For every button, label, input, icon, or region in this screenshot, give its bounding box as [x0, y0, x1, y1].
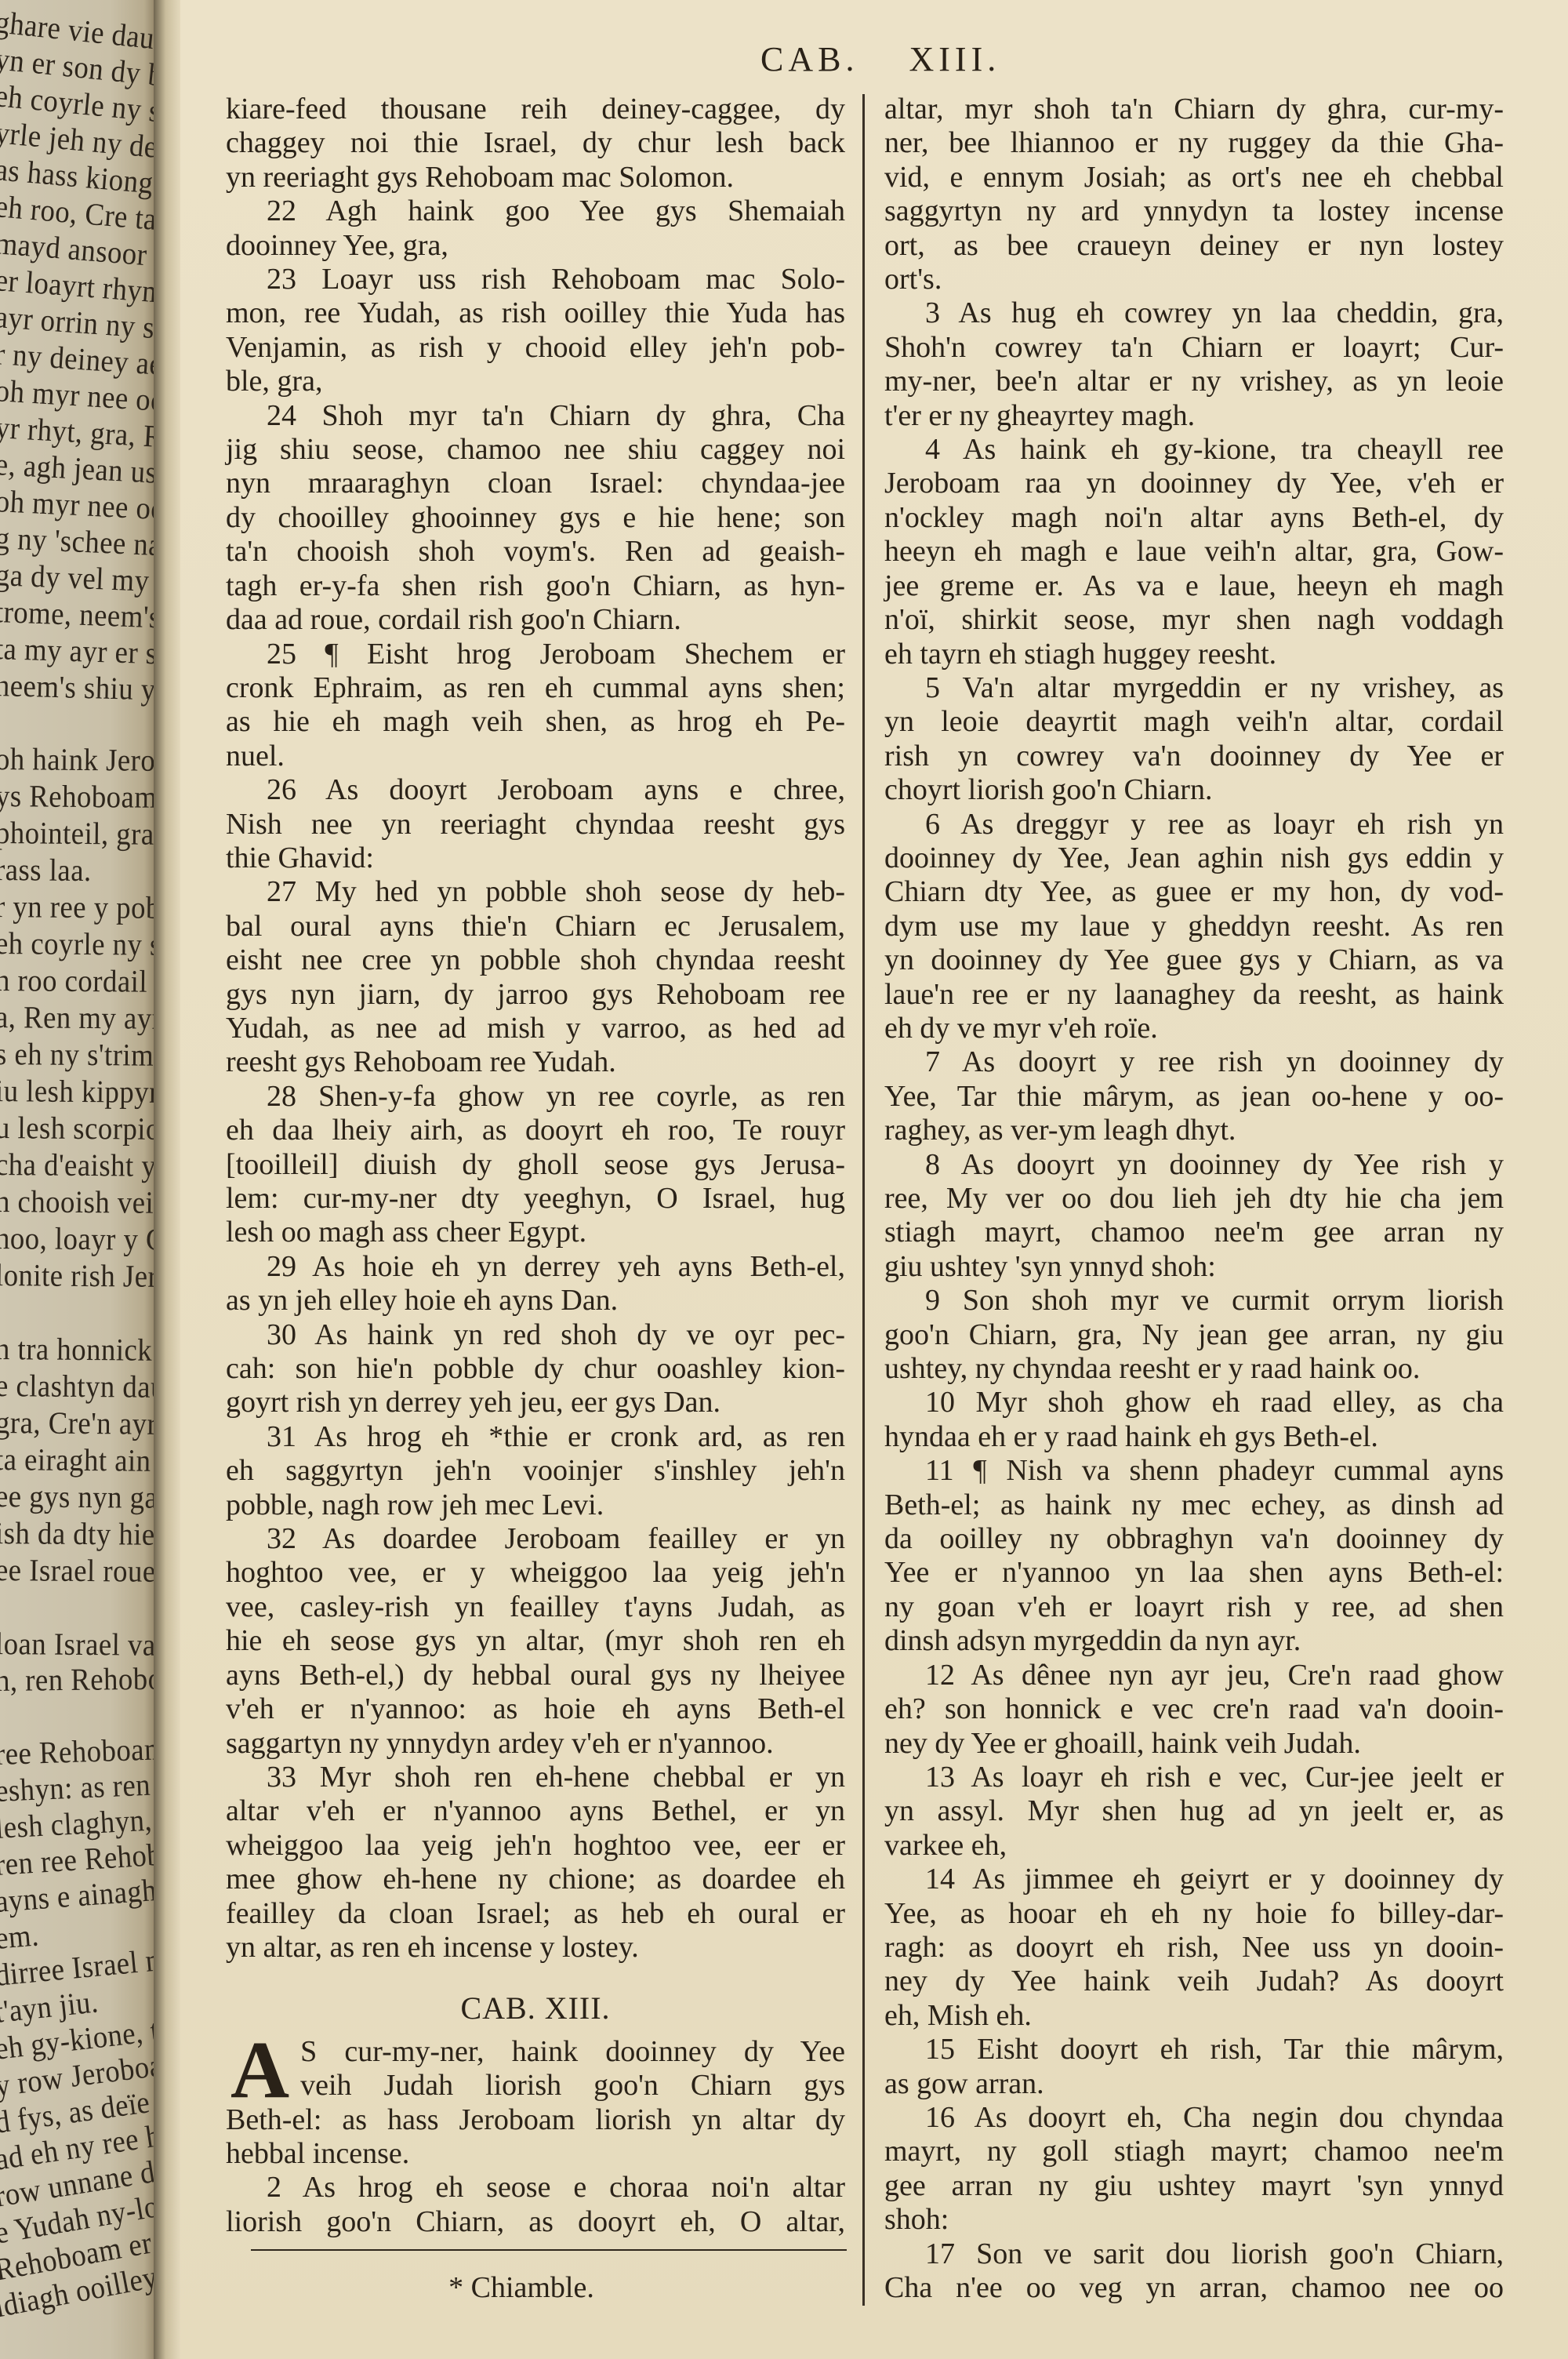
- text-line: gys nyn jiarn, dy jarroo gys Rehoboam re…: [226, 978, 845, 1012]
- text-line: ta'n chooish shoh voym's. Ren ad geaish-: [226, 535, 845, 569]
- text-line: hie eh seose gys yn altar, (myr shoh ren…: [226, 1624, 845, 1658]
- text-line: 5 Va'n altar myrgeddin er ny vrishey, as: [884, 671, 1504, 705]
- text-line: ragh: as dooyrt eh rish, Nee uss yn dooi…: [884, 1931, 1504, 1965]
- text-line: as hie eh magh veih shen, as hrog eh Pe-: [226, 705, 845, 739]
- text-line: Cha n'ee oo veg yn arran, chamoo nee oo: [884, 2271, 1504, 2305]
- book-page: CAB. XIII. kiare-feed thousane reih dein…: [180, 0, 1568, 2359]
- left-column-text-ch12: kiare-feed thousane reih deiney-caggee, …: [226, 93, 845, 1965]
- footnote: * Chiamble.: [180, 2270, 862, 2305]
- text-line: yn dooinney dy Yee guee gys y Chiarn, as…: [884, 943, 1504, 977]
- text-line: eh, Mish eh.: [884, 1999, 1504, 2033]
- text-line: Yee, as hooar eh eh ny hoie fo billey-da…: [884, 1897, 1504, 1931]
- text-line: ayns Beth-el,) dy hebbal oural gys ny lh…: [226, 1659, 845, 1692]
- text-line: cah: son hie'n pobble dy chur ooashley k…: [226, 1352, 845, 1386]
- text-line: Chiarn dty Yee, as guee er my hon, dy vo…: [884, 875, 1504, 909]
- text-line: eh daa lheiy airh, as dooyrt eh roo, Te …: [226, 1114, 845, 1147]
- text-line: shoh:: [884, 2203, 1504, 2237]
- facing-page-line: s eh ny s'trimmey: [0, 1035, 157, 1074]
- text-line: ort, as bee craueyn deiney er nyn lostey: [884, 229, 1504, 263]
- facing-page-line: eh coyrle ny shenn: [0, 925, 157, 963]
- text-line: varkee eh,: [884, 1829, 1504, 1863]
- text-line: eh tayrn eh stiagh huggey reesht.: [884, 638, 1504, 671]
- text-line: 17 Son ve sarit dou liorish goo'n Chiarn…: [884, 2237, 1504, 2271]
- text-line: vee, casley-rish yn feailley t'ayns Juda…: [226, 1590, 845, 1624]
- text-line: dy chooilley ghooinney gys e hie hene; s…: [226, 501, 845, 535]
- text-line: as yn jeh elley hoie eh ayns Dan.: [226, 1284, 845, 1318]
- text-line: hyndaa eh er y raad haink eh gys Beth-el…: [884, 1420, 1504, 1454]
- text-line: altar v'eh er n'yannoo ayns Bethel, er y…: [226, 1794, 845, 1828]
- text-line: ree, My ver oo dou lieh jeh dty hie cha …: [884, 1182, 1504, 1216]
- text-line: hebbal incense.: [226, 2137, 845, 2171]
- text-line: laue'n ree er ny laanaghey da reesht, as…: [884, 978, 1504, 1012]
- text-line: 9 Son shoh myr ve curmit orrym liorish: [884, 1284, 1504, 1318]
- text-line: nuel.: [226, 740, 845, 773]
- text-line: ushtey, ny chyndaa reesht er y raad hain…: [884, 1352, 1504, 1386]
- text-line: raghey, as ver-ym leagh dhyt.: [884, 1114, 1504, 1147]
- text-line: n'ockley magh noi'n altar ayns Beth-el, …: [884, 501, 1504, 535]
- text-line: 11 ¶ Nish va shenn phadeyr cummal ayns: [884, 1454, 1504, 1488]
- text-line: 14 As jimmee eh geiyrt er y dooinney dy: [884, 1863, 1504, 1896]
- text-line: lem: cur-my-ner dty yeeghyn, O Israel, h…: [226, 1182, 845, 1216]
- text-line: eh dy ve myr v'eh roïe.: [884, 1012, 1504, 1045]
- facing-page-edge: ghare vie daue, ehyn er son dy bragh.eh …: [0, 0, 157, 2359]
- text-line: veih Judah liorish goo'n Chiarn gys: [226, 2069, 845, 2103]
- text-line: rish yn cowrey va'n dooinney dy Yee er: [884, 740, 1504, 773]
- text-line: ney dy Yee haink veih Judah? As dooyrt: [884, 1965, 1504, 1998]
- text-line: eh? son honnick e vec cre'n raad va'n do…: [884, 1692, 1504, 1726]
- text-line: vid, e ennym Josiah; as ort's nee eh che…: [884, 161, 1504, 194]
- text-line: 27 My hed yn pobble shoh seose dy heb-: [226, 875, 845, 909]
- text-line: n'oï, shirkit seose, myr shen nagh vodda…: [884, 603, 1504, 637]
- facing-page-line: loan Israel va cummal: [0, 1625, 157, 1664]
- text-line: reesht gys Rehoboam ree Yudah.: [226, 1045, 845, 1079]
- facing-page-line: em.: [0, 1916, 40, 1956]
- text-line: 2 As hrog eh seose e choraa noi'n altar: [226, 2171, 845, 2205]
- text-line: chaggey noi thie Israel, dy chur lesh ba…: [226, 126, 845, 160]
- text-line: t'er er ny gheayrtey magh.: [884, 399, 1504, 433]
- facing-page-line: n tra honnick ooilley: [0, 1330, 157, 1369]
- facing-page-line: lonite rish Jeroboam: [0, 1256, 157, 1296]
- running-head-label: CAB.: [760, 40, 858, 78]
- left-column-text-ch13: A S cur-my-ner, haink dooinney dy Yeevei…: [226, 2035, 845, 2239]
- text-line: mayrt, ny goll stiagh mayrt; chamoo nee'…: [884, 2135, 1504, 2168]
- facing-page-line: iu lesh kippyn, agh: [0, 1072, 157, 1111]
- facing-page-line: gra, Cre'n ayrn ta: [0, 1404, 157, 1442]
- text-line: ney dy Yee er ghoaill, haink veih Judah.: [884, 1727, 1504, 1761]
- text-line: yn leoie deayrtit magh veih'n altar, cor…: [884, 705, 1504, 739]
- text-line: 28 Shen-y-fa ghow yn ree coyrle, as ren: [226, 1080, 845, 1114]
- text-line: 26 As dooyrt Jeroboam ayns e chree,: [226, 773, 845, 807]
- text-line: 31 As hrog eh *thie er cronk ard, as ren: [226, 1420, 845, 1454]
- text-line: 13 As loayr eh rish e vec, Cur-jee jeelt…: [884, 1761, 1504, 1794]
- right-column: altar, myr shoh ta'n Chiarn dy ghra, cur…: [884, 93, 1504, 2305]
- text-line: saggartyn ny ynnydyn ardey v'eh er n'yan…: [226, 1727, 845, 1761]
- text-line: 3 As hug eh cowrey yn laa cheddin, gra,: [884, 296, 1504, 330]
- text-line: 8 As dooyrt yn dooinney dy Yee rish y: [884, 1148, 1504, 1182]
- drop-cap: A: [230, 2038, 289, 2103]
- text-line: yn reeriaght gys Rehoboam mac Solomon.: [226, 161, 845, 194]
- text-line: 7 As dooyrt y ree rish yn dooinney dy: [884, 1045, 1504, 1079]
- text-line: v'eh er n'yannoo: as hoie eh ayns Beth-e…: [226, 1692, 845, 1726]
- text-line: gee arran ny giu ushtey mayrt 'syn ynnyd: [884, 2169, 1504, 2203]
- facing-page-line: phointeil, gra, Tar-jee: [0, 814, 157, 853]
- facing-page-line: h chooish veih'n Chiarn: [0, 1183, 157, 1222]
- text-line: dym use my laue y gheddyn reesht. As ren: [884, 910, 1504, 943]
- text-line: Yee er n'yannoo yn laa shen ayns Beth-el…: [884, 1556, 1504, 1590]
- facing-page-line: neem's shiu y scuitchey: [0, 667, 157, 711]
- text-line: wheiggoo laa yeig jeh'n hoghtoo vee, eer…: [226, 1829, 845, 1863]
- text-line: goo'n Chiarn, gra, Ny jean gee arran, ny…: [884, 1318, 1504, 1352]
- facing-page-line: cha d'eaisht y ree: [0, 1146, 157, 1184]
- chapter-heading: CAB. XIII.: [226, 1991, 845, 2025]
- text-line: 10 Myr shoh ghow eh raad elley, as cha: [884, 1386, 1504, 1419]
- text-line: altar, myr shoh ta'n Chiarn dy ghra, cur…: [884, 93, 1504, 126]
- text-line: 16 As dooyrt eh, Cha negin dou chyndaa: [884, 2101, 1504, 2135]
- text-line: 15 Eisht dooyrt eh rish, Tar thie mârym,: [884, 2033, 1504, 2066]
- text-line: da ooilley ny obbraghyn va'n dooinney dy: [884, 1522, 1504, 1556]
- text-line: cronk Ephraim, as ren eh cummal ayns she…: [226, 671, 845, 705]
- text-line: giu ushtey 'syn ynnyd shoh:: [884, 1250, 1504, 1284]
- text-line: 12 As dênee nyn ayr jeu, Cre'n raad ghow: [884, 1659, 1504, 1692]
- text-line: yn assyl. Myr shen hug ad yn jeelt er, a…: [884, 1794, 1504, 1828]
- facing-page-line: ys Rehoboam yn trass: [0, 777, 157, 816]
- text-line: 6 As dreggyr y ree as loayr eh rish yn: [884, 808, 1504, 841]
- text-line: 22 Agh haink goo Yee gys Shemaiah: [226, 194, 845, 228]
- text-line: ner, bee lhiannoo er ny ruggey da thie G…: [884, 126, 1504, 160]
- text-line: Shoh'n cowrey ta'n Chiarn er loayrt; Cur…: [884, 331, 1504, 365]
- facing-page-line: h roo cordail rish coyrle: [0, 961, 157, 1001]
- text-line: pobble, nagh row jeh mec Levi.: [226, 1488, 845, 1522]
- text-line: jig shiu seose, chamoo nee shiu caggey n…: [226, 433, 845, 467]
- text-line: dooinney dy Yee, Jean aghin nish gys edd…: [884, 841, 1504, 875]
- text-line: Yee, Tar thie mârym, as jean oo-hene y o…: [884, 1080, 1504, 1114]
- text-line: ort's.: [884, 263, 1504, 296]
- text-line: daa ad roue, cordail rish goo'n Chiarn.: [226, 603, 845, 637]
- text-line: 23 Loayr uss rish Rehoboam mac Solo-: [226, 263, 845, 296]
- text-line: saggyrtyn ny ard ynnydyn ta lostey incen…: [884, 194, 1504, 228]
- text-line: choyrt liorish goo'n Chiarn.: [884, 773, 1504, 807]
- facing-page-line: ee Israel roue gys nyn: [0, 1551, 157, 1590]
- running-head: CAB. XIII.: [760, 39, 1000, 79]
- text-line: Venjamin, as rish y chooid elley jeh'n p…: [226, 331, 845, 365]
- facing-page-line: a, Ren my ayr yn wheesh: [0, 998, 157, 1038]
- text-line: mee ghow eh-hene ny chione; as doardee e…: [226, 1863, 845, 1896]
- facing-page-line: ta eiraght ain ayns: [0, 1441, 157, 1479]
- text-line: 32 As doardee Jeroboam feailley er yn: [226, 1522, 845, 1556]
- facing-page-line: oh haink Jeroboam as: [0, 740, 157, 780]
- text-line: hoghtoo vee, er y wheiggoo laa yeig jeh'…: [226, 1556, 845, 1590]
- text-line: eh saggyrtyn jeh'n vooinjer s'inshley je…: [226, 1454, 845, 1488]
- facing-page-line: hoo, loayr y Chiarn: [0, 1219, 157, 1259]
- text-line: lesh oo magh ass cheer Egypt.: [226, 1216, 845, 1249]
- text-line: Nish nee yn reeriaght chyndaa reesht gys: [226, 808, 845, 841]
- text-line: 30 As haink yn red shoh dy ve oyr pec-: [226, 1318, 845, 1352]
- facing-page-line: r yn ree y pobble gy: [0, 888, 157, 927]
- text-line: ny goan v'eh er loayrt rish y ree, ad sh…: [884, 1590, 1504, 1624]
- text-line: yn altar, as ren eh incense y lostey.: [226, 1931, 845, 1965]
- running-head-chapter: XIII.: [909, 40, 1000, 78]
- column-divider-rule: [862, 94, 865, 2306]
- text-line: bal oural ayns thie'n Chiarn ec Jerusale…: [226, 910, 845, 943]
- text-line: feailley da cloan Israel; as heb eh oura…: [226, 1897, 845, 1931]
- text-line: nyn mraaraghyn cloan Israel: chyndaa-jee: [226, 467, 845, 500]
- text-line: goyrt rish yn derrey yeh jeu, eer gys Da…: [226, 1386, 845, 1419]
- facing-page-line: ish da dty hie hene, O: [0, 1514, 157, 1554]
- text-line: 24 Shoh myr ta'n Chiarn dy ghra, Cha: [226, 399, 845, 433]
- text-line: eisht nee cree yn pobble shoh chyndaa re…: [226, 943, 845, 977]
- facing-page-line: e clashtyn daue, dreggyr: [0, 1367, 157, 1406]
- text-line: Yudah, as nee ad mish y varroo, as hed a…: [226, 1012, 845, 1045]
- text-line: Beth-el; as haink ny mec echey, as dinsh…: [884, 1488, 1504, 1522]
- text-line: mon, ree Yudah, as rish ooilley thie Yud…: [226, 296, 845, 330]
- text-line: dinsh adsyn myrgeddin da nyn ayr.: [884, 1624, 1504, 1658]
- text-line: [tooilleil] diuish dy gholl seose gys Je…: [226, 1148, 845, 1182]
- text-line: heeyn eh magh e laue veih'n altar, gra, …: [884, 535, 1504, 569]
- facing-page-line: ee gys nyn gabbanyn: [0, 1478, 157, 1517]
- text-line: S cur-my-ner, haink dooinney dy Yee: [226, 2035, 845, 2069]
- left-column: kiare-feed thousane reih deiney-caggee, …: [226, 93, 845, 2239]
- text-line: my-ner, bee'n altar er ny vrishey, as yn…: [884, 365, 1504, 398]
- facing-page-line: u lesh scorpionyn.: [0, 1109, 157, 1147]
- text-line: liorish goo'n Chiarn, as dooyrt eh, O al…: [226, 2205, 845, 2239]
- text-line: 29 As hoie eh yn derrey yeh ayns Beth-el…: [226, 1250, 845, 1284]
- text-line: as gow arran.: [884, 2067, 1504, 2101]
- text-line: 4 As haink eh gy-kione, tra cheayll ree: [884, 433, 1504, 467]
- text-line: dooinney Yee, gra,: [226, 229, 845, 263]
- footnote-rule: [251, 2249, 847, 2251]
- text-line: 25 ¶ Eisht hrog Jeroboam Shechem er: [226, 638, 845, 671]
- text-line: ble, gra,: [226, 365, 845, 398]
- text-line: tagh er-y-fa shen rish goo'n Chiarn, as …: [226, 569, 845, 603]
- text-line: stiagh mayrt, chamoo nee'm gee arran ny: [884, 1216, 1504, 1249]
- facing-page-line: h, ren Rehoboam reill: [0, 1659, 157, 1699]
- text-line: Jeroboam raa yn dooinney dy Yee, v'eh er: [884, 467, 1504, 500]
- text-line: thie Ghavid:: [226, 841, 845, 875]
- text-line: jee greme er. As va e laue, heeyn eh mag…: [884, 569, 1504, 603]
- text-line: 33 Myr shoh ren eh-hene chebbal er yn: [226, 1761, 845, 1794]
- book-gutter: [154, 0, 180, 2359]
- text-line: Beth-el: as hass Jeroboam liorish yn alt…: [226, 2103, 845, 2137]
- text-line: kiare-feed thousane reih deiney-caggee, …: [226, 93, 845, 126]
- facing-page-line: rass laa.: [0, 851, 92, 889]
